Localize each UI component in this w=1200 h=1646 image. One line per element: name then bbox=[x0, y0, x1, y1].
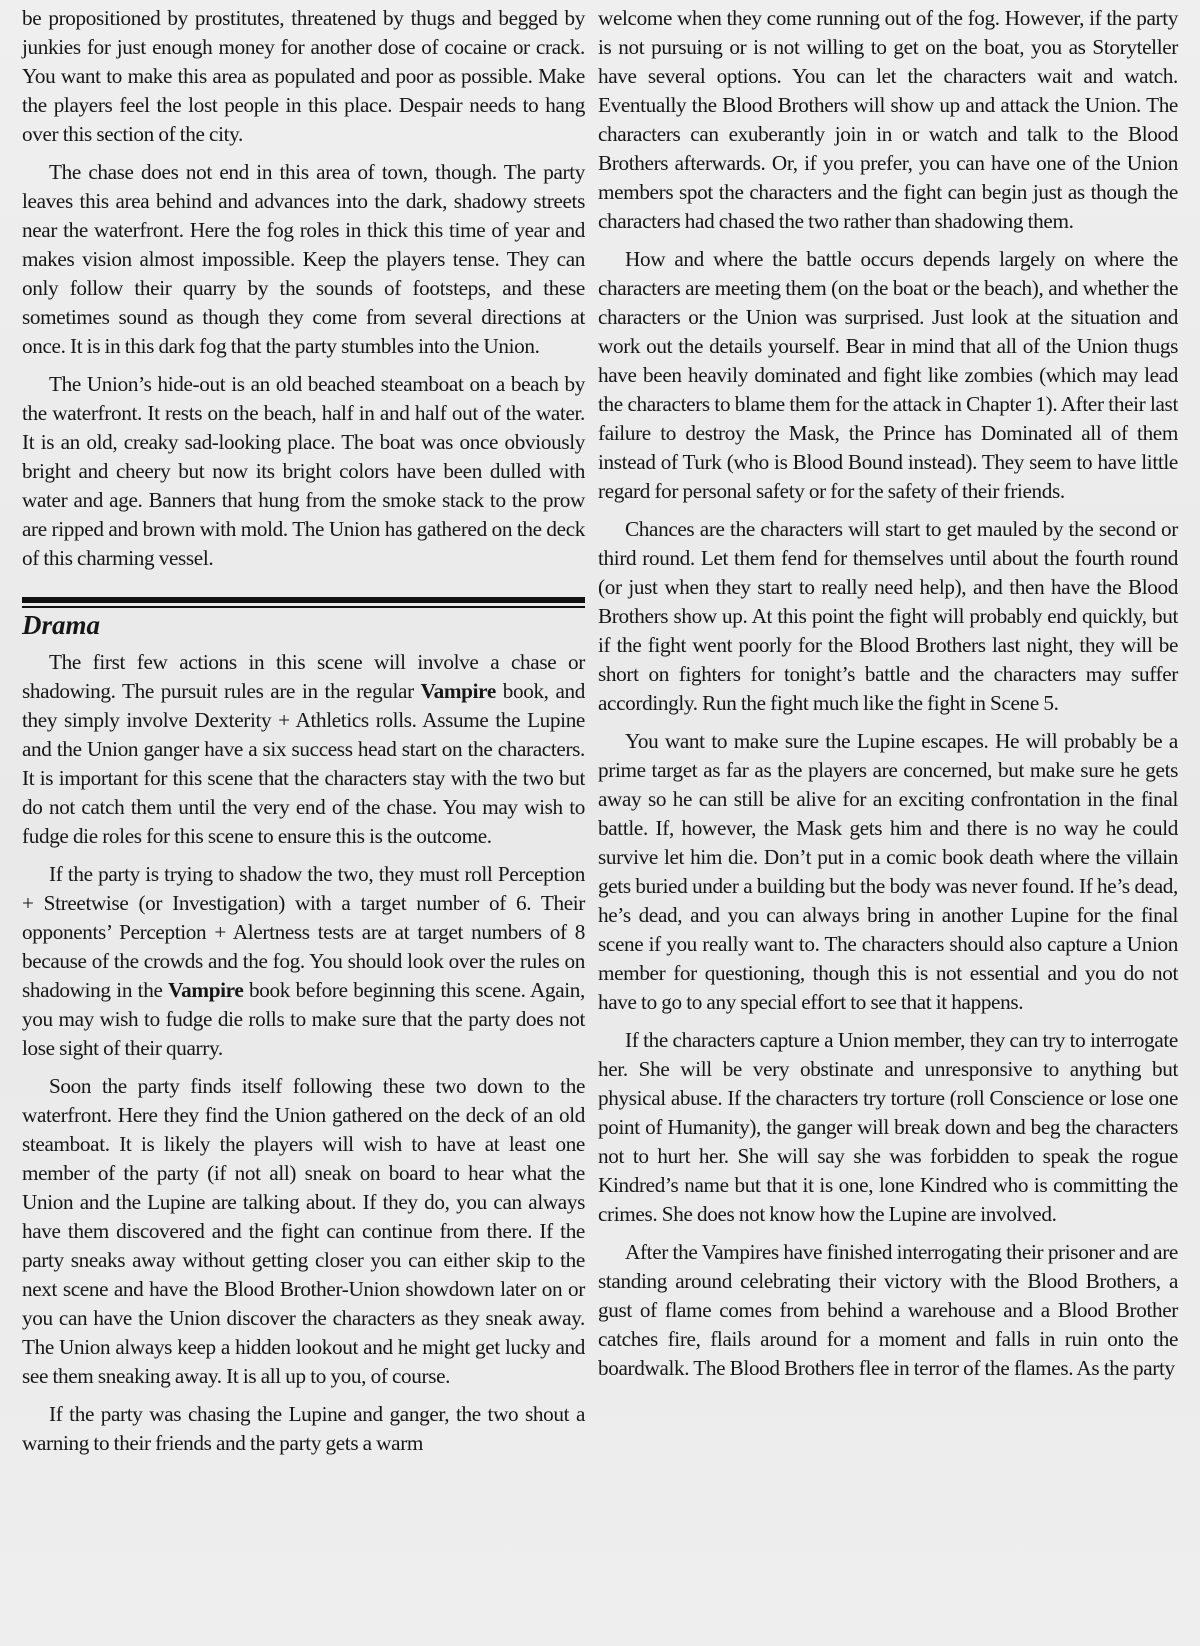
paragraph: You want to make sure the Lupine escapes… bbox=[598, 727, 1178, 1017]
paragraph: be propositioned by prostitutes, threate… bbox=[22, 4, 585, 149]
paragraph-drama-1: The first few actions in this scene will… bbox=[22, 648, 585, 851]
paragraph: Chances are the characters will start to… bbox=[598, 515, 1178, 718]
book-page: be propositioned by prostitutes, threate… bbox=[0, 0, 1200, 1646]
section-heading-drama: Drama bbox=[22, 608, 585, 642]
paragraph: If the party was chasing the Lupine and … bbox=[22, 1400, 585, 1458]
section-divider bbox=[22, 597, 585, 608]
paragraph: If the characters capture a Union member… bbox=[598, 1026, 1178, 1229]
paragraph-drama-2: If the party is trying to shadow the two… bbox=[22, 860, 585, 1063]
paragraph: Soon the party finds itself following th… bbox=[22, 1072, 585, 1391]
text-run: book, and they simply involve Dexterity … bbox=[22, 679, 585, 848]
game-title-bold: Vampire bbox=[421, 679, 496, 703]
paragraph: The Union’s hide-out is an old beached s… bbox=[22, 370, 585, 573]
paragraph: How and where the battle occurs depends … bbox=[598, 245, 1178, 506]
thick-rule bbox=[22, 597, 585, 603]
paragraph: The chase does not end in this area of t… bbox=[22, 158, 585, 361]
game-title-bold: Vampire bbox=[168, 978, 243, 1002]
paragraph: After the Vampires have finished interro… bbox=[598, 1238, 1178, 1383]
right-column: welcome when they come running out of th… bbox=[598, 4, 1178, 1392]
left-column: be propositioned by prostitutes, threate… bbox=[22, 4, 585, 1467]
paragraph: welcome when they come running out of th… bbox=[598, 4, 1178, 236]
